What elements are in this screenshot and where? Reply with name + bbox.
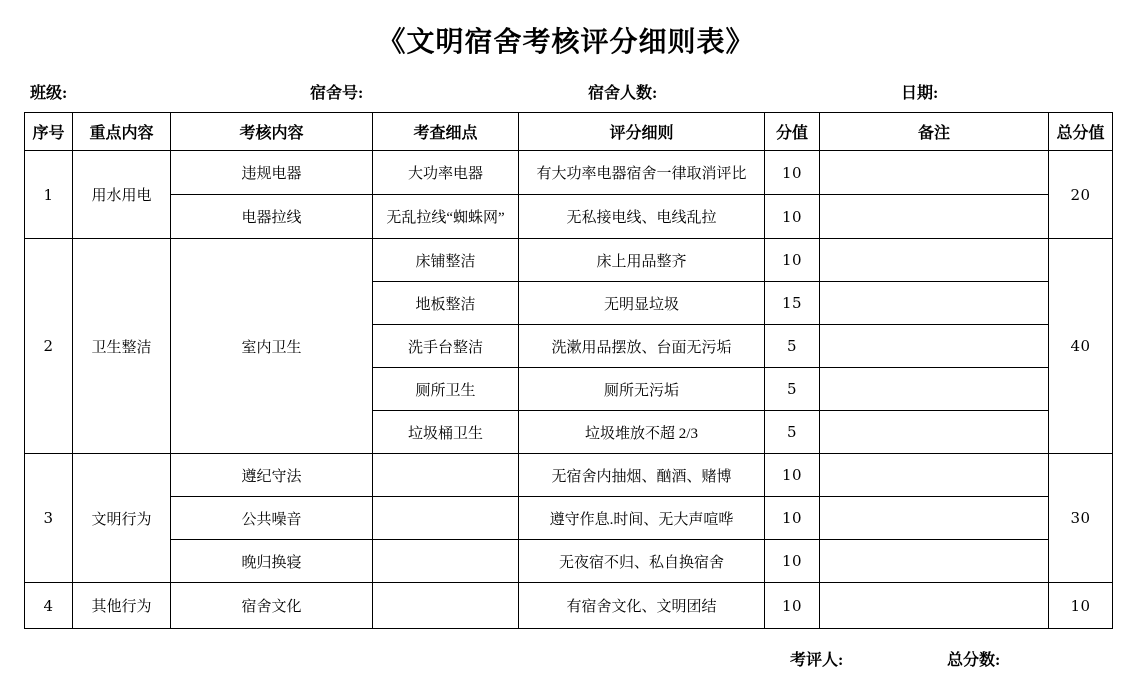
cell-total: 40 [1049, 239, 1113, 454]
page-title: 《文明宿舍考核评分细则表》 [0, 20, 1132, 60]
header-detail: 考查细点 [373, 113, 519, 151]
cell-detail: 厕所卫生 [373, 368, 519, 411]
cell-score: 10 [765, 497, 820, 540]
cell-total: 20 [1049, 151, 1113, 239]
assessor-label: 考评人: [790, 647, 843, 670]
header-category: 重点内容 [73, 113, 171, 151]
dorm-count-label: 宿舍人数: [588, 80, 657, 103]
cell-rule: 洗漱用品摆放、台面无污垢 [519, 325, 765, 368]
cell-content: 违规电器 [171, 151, 373, 195]
cell-remark [820, 583, 1049, 629]
header-total: 总分值 [1049, 113, 1113, 151]
cell-remark [820, 151, 1049, 195]
table-row: 电器拉线 无乱拉线“蜘蛛网” 无私接电线、电线乱拉 10 [25, 195, 1113, 239]
header-content: 考核内容 [171, 113, 373, 151]
cell-score: 10 [765, 540, 820, 583]
header-remark: 备注 [820, 113, 1049, 151]
header-score: 分值 [765, 113, 820, 151]
cell-detail [373, 583, 519, 629]
cell-category: 文明行为 [73, 454, 171, 583]
table-row: 公共噪音 遵守作息.时间、无大声喧哗 10 [25, 497, 1113, 540]
cell-remark [820, 195, 1049, 239]
cell-detail: 垃圾桶卫生 [373, 411, 519, 454]
table-row: 4 其他行为 宿舍文化 有宿舍文化、文明团结 10 10 [25, 583, 1113, 629]
cell-detail: 洗手台整洁 [373, 325, 519, 368]
cell-remark [820, 454, 1049, 497]
cell-rule: 无宿舍内抽烟、酗酒、赌博 [519, 454, 765, 497]
cell-rule: 有大功率电器宿舍一律取消评比 [519, 151, 765, 195]
cell-remark [820, 411, 1049, 454]
table-header-row: 序号 重点内容 考核内容 考查细点 评分细则 分值 备注 总分值 [25, 113, 1113, 151]
score-table: 序号 重点内容 考核内容 考查细点 评分细则 分值 备注 总分值 1 用水用电 … [24, 112, 1113, 629]
cell-rule: 床上用品整齐 [519, 239, 765, 282]
cell-detail: 地板整洁 [373, 282, 519, 325]
cell-score: 5 [765, 411, 820, 454]
cell-detail [373, 497, 519, 540]
cell-score: 10 [765, 454, 820, 497]
header-no: 序号 [25, 113, 73, 151]
cell-total: 30 [1049, 454, 1113, 583]
cell-detail [373, 454, 519, 497]
cell-category: 其他行为 [73, 583, 171, 629]
table-row: 2 卫生整洁 室内卫生 床铺整洁 床上用品整齐 10 40 [25, 239, 1113, 282]
cell-no: 1 [25, 151, 73, 239]
cell-remark [820, 325, 1049, 368]
cell-no: 4 [25, 583, 73, 629]
cell-rule: 无私接电线、电线乱拉 [519, 195, 765, 239]
cell-score: 5 [765, 325, 820, 368]
cell-score: 10 [765, 239, 820, 282]
cell-no: 3 [25, 454, 73, 583]
cell-content: 晚归换寝 [171, 540, 373, 583]
table-row: 3 文明行为 遵纪守法 无宿舍内抽烟、酗酒、赌博 10 30 [25, 454, 1113, 497]
cell-rule: 遵守作息.时间、无大声喧哗 [519, 497, 765, 540]
cell-remark [820, 497, 1049, 540]
table-row: 晚归换寝 无夜宿不归、私自换宿舍 10 [25, 540, 1113, 583]
cell-detail: 床铺整洁 [373, 239, 519, 282]
cell-score: 5 [765, 368, 820, 411]
cell-rule: 有宿舍文化、文明团结 [519, 583, 765, 629]
cell-rule: 厕所无污垢 [519, 368, 765, 411]
cell-detail: 无乱拉线“蜘蛛网” [373, 195, 519, 239]
cell-rule: 垃圾堆放不超 2/3 [519, 411, 765, 454]
cell-rule: 无夜宿不归、私自换宿舍 [519, 540, 765, 583]
cell-content: 宿舍文化 [171, 583, 373, 629]
total-score-label: 总分数: [947, 647, 1000, 670]
date-label: 日期: [901, 80, 938, 103]
dorm-number-label: 宿舍号: [310, 80, 363, 103]
cell-remark [820, 368, 1049, 411]
cell-detail: 大功率电器 [373, 151, 519, 195]
header-rule: 评分细则 [519, 113, 765, 151]
cell-score: 10 [765, 583, 820, 629]
cell-remark [820, 540, 1049, 583]
page: { "title": "《文明宿舍考核评分细则表》", "info": { "c… [0, 0, 1132, 682]
cell-score: 10 [765, 151, 820, 195]
class-label: 班级: [30, 80, 67, 103]
cell-no: 2 [25, 239, 73, 454]
cell-detail [373, 540, 519, 583]
cell-content: 电器拉线 [171, 195, 373, 239]
cell-content: 公共噪音 [171, 497, 373, 540]
cell-score: 10 [765, 195, 820, 239]
cell-remark [820, 282, 1049, 325]
cell-category: 用水用电 [73, 151, 171, 239]
cell-category: 卫生整洁 [73, 239, 171, 454]
cell-rule: 无明显垃圾 [519, 282, 765, 325]
cell-score: 15 [765, 282, 820, 325]
cell-remark [820, 239, 1049, 282]
cell-total: 10 [1049, 583, 1113, 629]
table-row: 1 用水用电 违规电器 大功率电器 有大功率电器宿舍一律取消评比 10 20 [25, 151, 1113, 195]
cell-content: 室内卫生 [171, 239, 373, 454]
cell-content: 遵纪守法 [171, 454, 373, 497]
